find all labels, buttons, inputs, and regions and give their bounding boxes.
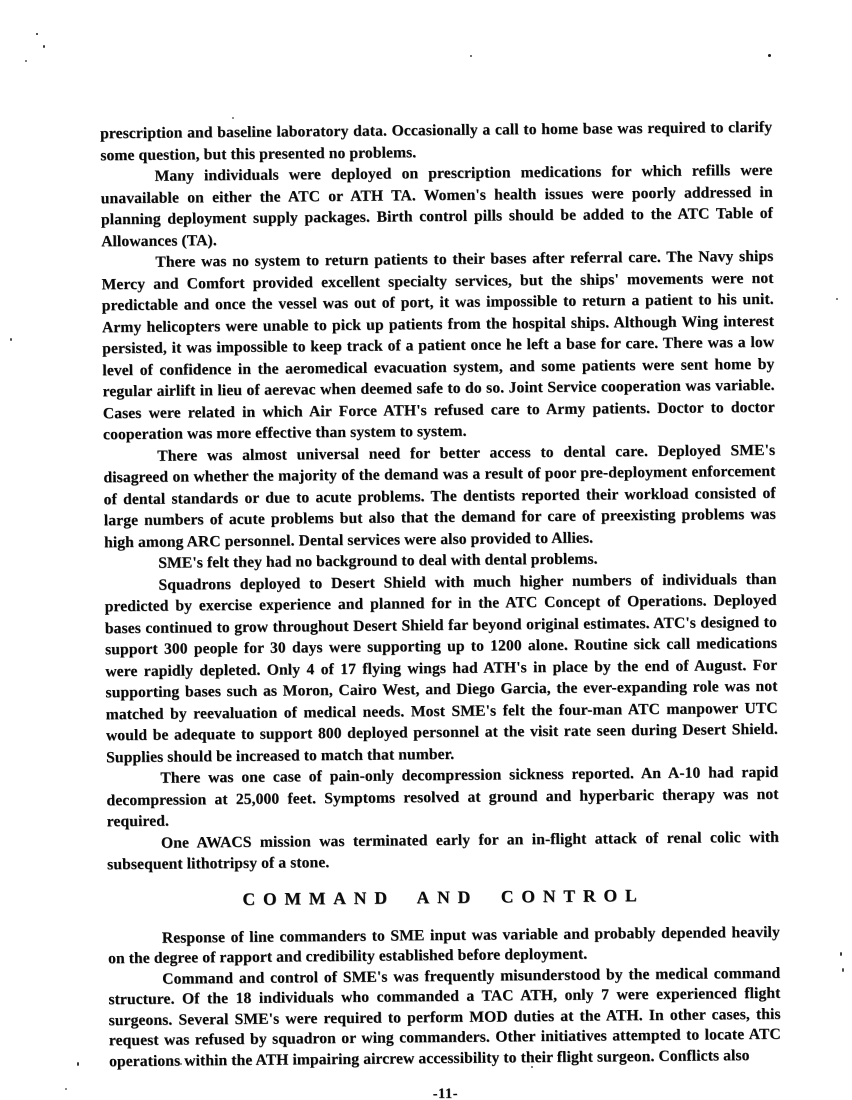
paragraph: There was one case of pain-only decompre…	[106, 762, 779, 833]
section-heading: COMMAND AND CONTROL	[107, 883, 779, 910]
document-page: prescription and baseline laboratory dat…	[0, 0, 852, 1100]
scan-speckle	[531, 1066, 533, 1068]
scan-speckle	[65, 1088, 67, 1090]
paragraph: Many individuals were deployed on prescr…	[100, 160, 773, 252]
paragraph: Squadrons deployed to Desert Shield with…	[104, 568, 778, 768]
scan-speckle	[232, 117, 234, 119]
body-text-bottom: Response of line commanders to SME input…	[108, 922, 781, 1073]
scan-speckle	[470, 55, 472, 57]
scan-speckle	[180, 1063, 182, 1065]
scan-speckle	[36, 33, 38, 35]
paragraph: Command and control of SME's was frequen…	[108, 963, 781, 1072]
paragraph: Response of line commanders to SME input…	[108, 922, 780, 970]
body-text-top: prescription and baseline laboratory dat…	[100, 117, 779, 876]
paragraph: There was almost universal need for bett…	[103, 439, 776, 553]
paragraph: One AWACS mission was terminated early f…	[107, 826, 779, 875]
scan-speckle	[43, 45, 45, 48]
paragraph: There was no system to return patients t…	[101, 246, 775, 446]
scanned-text-block: prescription and baseline laboratory dat…	[100, 117, 781, 1100]
scan-speckle	[77, 1062, 79, 1066]
scan-speckle	[768, 54, 771, 57]
scan-speckle	[836, 298, 838, 300]
scan-speckle	[842, 968, 844, 972]
scan-speckle	[840, 952, 842, 956]
scan-speckle	[25, 60, 27, 62]
page-number: -11-	[109, 1082, 781, 1100]
paragraph: prescription and baseline laboratory dat…	[100, 117, 772, 166]
scan-speckle	[10, 338, 12, 341]
